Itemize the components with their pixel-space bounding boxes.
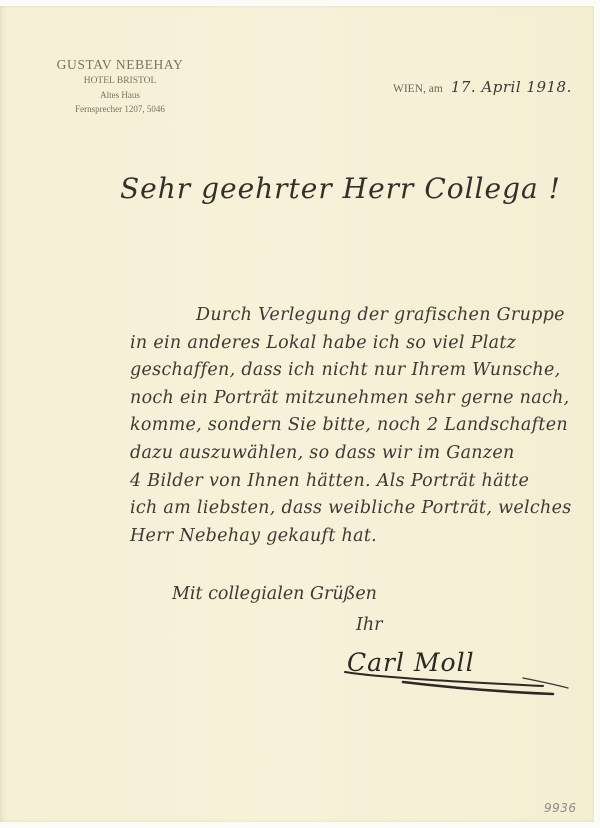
letterhead-phone: Fernsprecher 1207, 5046 — [40, 102, 200, 116]
body-line: dazu auszuwählen, so dass wir im Ganzen — [130, 440, 580, 468]
letter-page: GUSTAV NEBEHAY HOTEL BRISTOL Altes Haus … — [0, 6, 594, 822]
letterhead-name: GUSTAV NEBEHAY — [40, 56, 200, 74]
body-line: komme, sondern Sie bitte, noch 2 Landsch… — [130, 412, 580, 440]
body-line: in ein anderes Lokal habe ich so viel Pl… — [130, 330, 580, 358]
body-line: ich am liebsten, dass weibliche Porträt,… — [130, 495, 580, 523]
body-line: noch ein Porträt mitzunehmen sehr gerne … — [130, 385, 580, 413]
date-place: WIEN, am — [393, 83, 443, 95]
archive-number: 9936 — [544, 801, 577, 815]
letterhead-building: Altes Haus — [40, 88, 200, 102]
closing-pronoun: Ihr — [356, 615, 383, 635]
date-handwritten: 17. April 1918. — [451, 78, 572, 96]
letter-body: Durch Verlegung der grafischen Gruppe in… — [130, 302, 580, 550]
dateline: WIEN, am 17. April 1918. — [393, 78, 572, 97]
body-line: geschaffen, dass ich nicht nur Ihrem Wun… — [130, 357, 580, 385]
letterhead-hotel: HOTEL BRISTOL — [40, 74, 200, 88]
body-line: Herr Nebehay gekauft hat. — [130, 523, 580, 551]
signature: Carl Moll — [343, 648, 573, 698]
letterhead: GUSTAV NEBEHAY HOTEL BRISTOL Altes Haus … — [40, 56, 200, 116]
closing-greeting: Mit collegialen Grüßen — [172, 584, 377, 604]
signature-underline-icon — [343, 648, 573, 698]
body-line: 4 Bilder von Ihnen hätten. Als Porträt h… — [130, 468, 580, 496]
salutation: Sehr geehrter Herr Collega ! — [120, 172, 561, 205]
body-line: Durch Verlegung der grafischen Gruppe — [130, 302, 580, 330]
